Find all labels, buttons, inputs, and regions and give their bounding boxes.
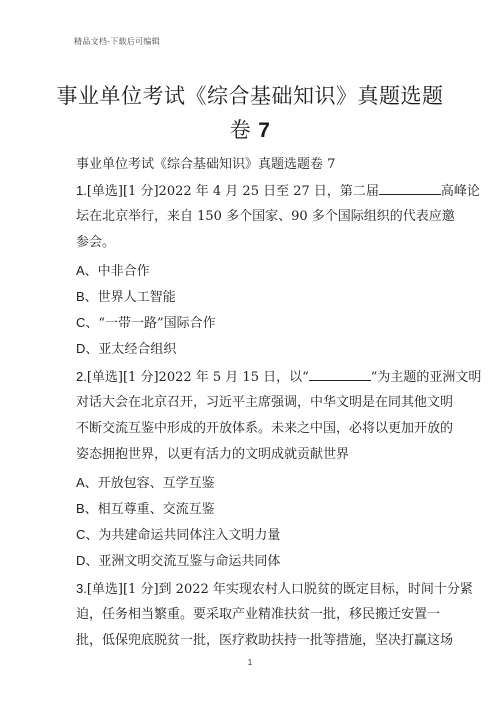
question-1-line-1: 1.[单选][1 分]2022 年 4 月 25 日至 27 日，第二届高峰论 [76, 182, 480, 201]
question-number: 1. [76, 183, 87, 198]
option-b[interactable]: B、相互尊重、交流互鉴 [76, 500, 215, 519]
option-text: 开放包容、互学互鉴 [98, 476, 215, 491]
question-text: ”为主题的亚洲文明 [371, 370, 482, 385]
question-3-line-1: 3.[单选][1 分]到 2022 年实现农村人口脱贫的既定目标，时间十分紧 [76, 580, 473, 599]
question-2-line-1: 2.[单选][1 分]2022 年 5 月 15 日，以“”为主题的亚洲文明 [76, 368, 481, 387]
header-note: 精品文档-下载后可编辑 [74, 36, 160, 47]
option-label: B、 [76, 501, 98, 516]
question-2-line-3: 不断交流互鉴中形成的开放体系。未来之中国，必将以更加开放的 [76, 420, 453, 438]
option-c[interactable]: C、“一带一路”国际合作 [76, 314, 216, 333]
question-type-tag: [单选][1 分] [87, 370, 159, 385]
title-text: 卷 [230, 118, 252, 142]
question-number: 3. [76, 581, 87, 596]
question-1-line-2: 坛在北京举行，来自 150 多个国家、90 多个国际组织的代表应邀 [76, 208, 455, 226]
document-title-line1: 事业单位考试《综合基础知识》真题选题 [40, 80, 460, 110]
option-d[interactable]: D、亚洲文明交流互鉴与命运共同体 [76, 552, 280, 571]
question-number: 2. [76, 369, 87, 384]
option-text: 亚太经合组织 [98, 342, 176, 357]
fill-blank [379, 182, 441, 195]
question-text: 高峰论 [441, 184, 480, 199]
question-2-line-2: 对话大会在北京召开，习近平主席强调，中华文明是在同其他文明 [76, 394, 453, 412]
document-title-line2: 卷 7 [40, 114, 460, 144]
option-text: 世界人工智能 [98, 290, 176, 305]
option-d[interactable]: D、亚太经合组织 [76, 340, 176, 359]
option-label: C、 [76, 527, 98, 542]
question-text: 2022 年 5 月 15 日，以“ [159, 370, 309, 385]
page-number: 1 [0, 658, 500, 667]
option-label: D、 [76, 553, 98, 568]
option-text: 亚洲文明交流互鉴与命运共同体 [98, 554, 280, 569]
question-type-tag: [单选][1 分] [87, 582, 159, 597]
title-number: 7 [258, 119, 270, 142]
question-2-line-4: 姿态拥抱世界，以更有活力的文明成就贡献世界 [76, 446, 349, 464]
option-text: 相互尊重、交流互鉴 [98, 502, 215, 517]
question-type-tag: [单选][1 分] [87, 184, 159, 199]
option-label: A、 [76, 475, 98, 490]
option-text: “一带一路”国际合作 [98, 316, 215, 331]
option-label: C、 [76, 315, 98, 330]
document-subtitle: 事业单位考试《综合基础知识》真题选题卷 7 [76, 156, 335, 174]
option-label: D、 [76, 341, 98, 356]
option-b[interactable]: B、世界人工智能 [76, 288, 176, 307]
fill-blank [309, 368, 371, 381]
option-a[interactable]: A、开放包容、互学互鉴 [76, 474, 215, 493]
question-3-line-3: 批，低保兜底脱贫一批，医疗救助扶持一批等措施，坚决打赢这场 [76, 632, 453, 650]
question-text: 到 2022 年实现农村人口脱贫的既定目标，时间十分紧 [159, 582, 473, 597]
option-a[interactable]: A、中非合作 [76, 262, 150, 281]
question-text: 2022 年 4 月 25 日至 27 日，第二届 [159, 184, 379, 199]
option-c[interactable]: C、为共建命运共同体注入文明力量 [76, 526, 280, 545]
option-text: 为共建命运共同体注入文明力量 [98, 528, 280, 543]
question-3-line-2: 迫，任务相当繁重。要采取产业精准扶贫一批，移民搬迁安置一 [76, 606, 440, 624]
question-1-line-3: 参会。 [76, 234, 115, 252]
option-label: A、 [76, 263, 98, 278]
option-label: B、 [76, 289, 98, 304]
option-text: 中非合作 [98, 264, 150, 279]
